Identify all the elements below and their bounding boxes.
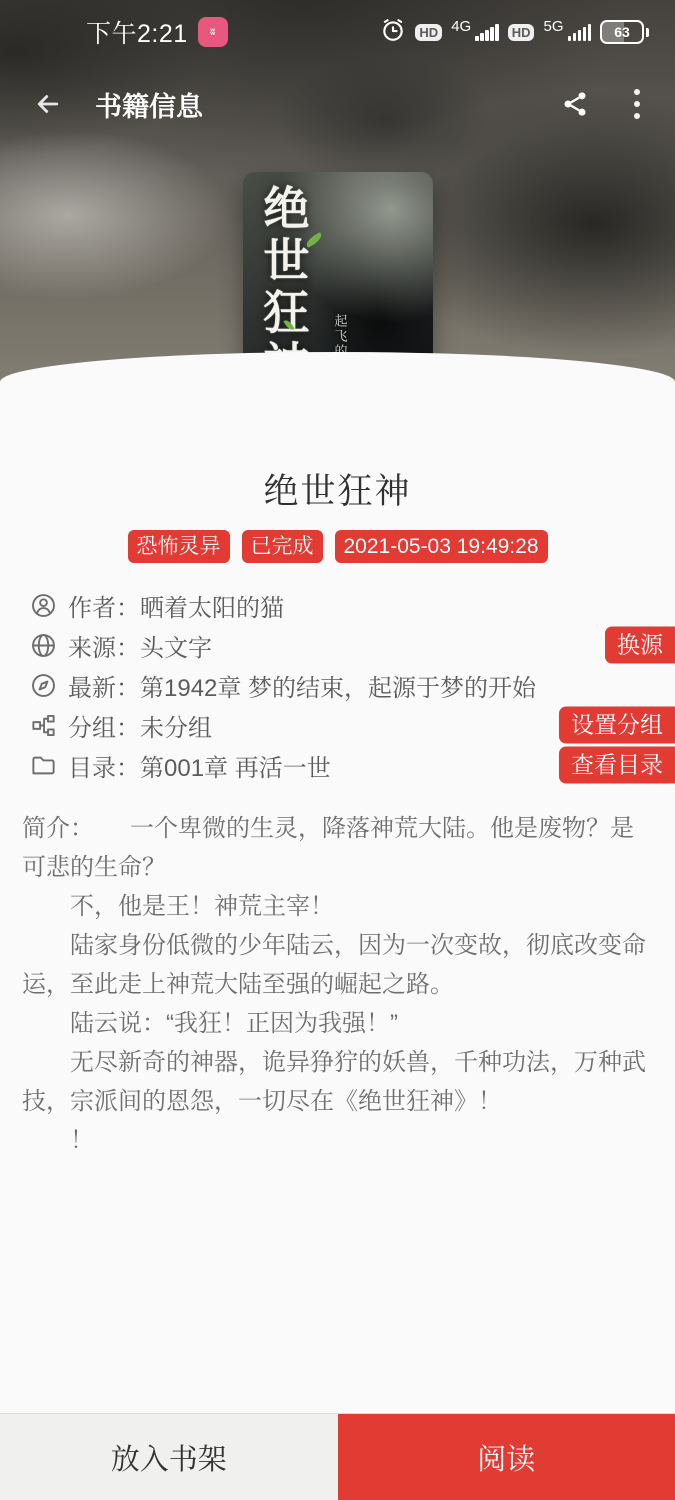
catalog-label: 目录： — [68, 748, 140, 783]
back-button[interactable] — [26, 82, 70, 126]
compass-icon — [30, 672, 57, 699]
share-icon — [561, 90, 589, 118]
status-time: 下午2:21 — [86, 14, 188, 50]
intro-paragraph: ！ — [22, 1121, 653, 1160]
read-button[interactable]: 阅读 — [338, 1414, 675, 1500]
group-label: 分组： — [68, 708, 140, 743]
hd-voice-icon: HD — [508, 24, 535, 41]
signal-5g-icon: 5G — [543, 24, 591, 41]
author-value: 晒着太阳的猫 — [140, 588, 284, 623]
kebab-menu-icon — [634, 89, 640, 119]
catalog-row: 目录： 第001章 再活一世 查看目录 — [30, 745, 675, 785]
change-source-button[interactable]: 换源 — [605, 627, 675, 664]
back-arrow-icon — [33, 89, 63, 119]
folder-icon — [30, 752, 57, 779]
group-row: 分组： 未分组 设置分组 — [30, 705, 675, 745]
catalog-value: 第001章 再活一世 — [140, 748, 331, 783]
source-label: 来源： — [68, 628, 140, 663]
latest-label: 最新： — [68, 668, 140, 703]
page-title: 书籍信息 — [95, 85, 203, 124]
source-value: 头文字 — [140, 628, 212, 663]
content-sheet: 绝世狂神 恐怖灵异 已完成 2021-05-03 19:49:28 作者： 晒着… — [0, 352, 675, 1500]
author-row: 作者： 晒着太阳的猫 — [30, 585, 675, 625]
bottom-action-bar: 放入书架 阅读 — [0, 1413, 675, 1500]
globe-icon — [30, 632, 57, 659]
info-list: 作者： 晒着太阳的猫 来源： 头文字 换源 最新： 第1942章 梦的结束，起源… — [0, 585, 675, 785]
status-badge: 已完成 — [242, 530, 323, 563]
group-value: 未分组 — [140, 708, 212, 743]
group-icon — [30, 712, 57, 739]
update-time-badge: 2021-05-03 19:49:28 — [335, 530, 548, 563]
source-row: 来源： 头文字 换源 — [30, 625, 675, 665]
latest-chapter-row: 最新： 第1942章 梦的结束，起源于梦的开始 — [30, 665, 675, 705]
app-bar: 书籍信息 — [0, 74, 675, 134]
category-badge: 恐怖灵异 — [128, 530, 230, 563]
author-label: 作者： — [68, 588, 140, 623]
add-to-shelf-button[interactable]: 放入书架 — [0, 1414, 338, 1500]
alarm-clock-icon — [380, 17, 406, 48]
set-group-button[interactable]: 设置分组 — [559, 707, 675, 744]
tag-row: 恐怖灵异 已完成 2021-05-03 19:49:28 — [0, 530, 675, 563]
intro-paragraph: 简介： 一个卑微的生灵，降落神荒大陆。他是废物？是可悲的生命？ — [22, 809, 653, 887]
share-button[interactable] — [553, 82, 597, 126]
intro-paragraph: 陆云说：“我狂！正因为我强！” — [22, 1004, 653, 1043]
book-intro: 简介： 一个卑微的生灵，降落神荒大陆。他是废物？是可悲的生命？ 不，他是王！神荒… — [0, 809, 675, 1160]
menu-button[interactable] — [617, 82, 657, 126]
intro-paragraph: 无尽新奇的神器，诡异狰狞的妖兽，千种功法，万种武技，宗派间的恩怨，一切尽在《绝世… — [22, 1043, 653, 1121]
latest-value: 第1942章 梦的结束，起源于梦的开始 — [140, 668, 536, 703]
battery-icon: 63 — [600, 20, 649, 44]
book-title: 绝世狂神 — [0, 464, 675, 514]
signal-4g-icon: 4G — [451, 24, 499, 41]
intro-paragraph: 陆家身份低微的少年陆云，因为一次变故，彻底改变命运，至此走上神荒大陆至强的崛起之… — [22, 926, 653, 1004]
status-bar: 下午2:21 ʬ HD 4G HD 5G 63 — [0, 0, 675, 58]
pink-app-badge-icon: ʬ — [198, 17, 228, 47]
book-info-screen: 下午2:21 ʬ HD 4G HD 5G 63 — [0, 0, 675, 1500]
hd-voice-icon: HD — [415, 24, 442, 41]
intro-paragraph: 不，他是王！神荒主宰！ — [22, 887, 653, 926]
view-catalog-button[interactable]: 查看目录 — [559, 747, 675, 784]
user-icon — [30, 592, 57, 619]
